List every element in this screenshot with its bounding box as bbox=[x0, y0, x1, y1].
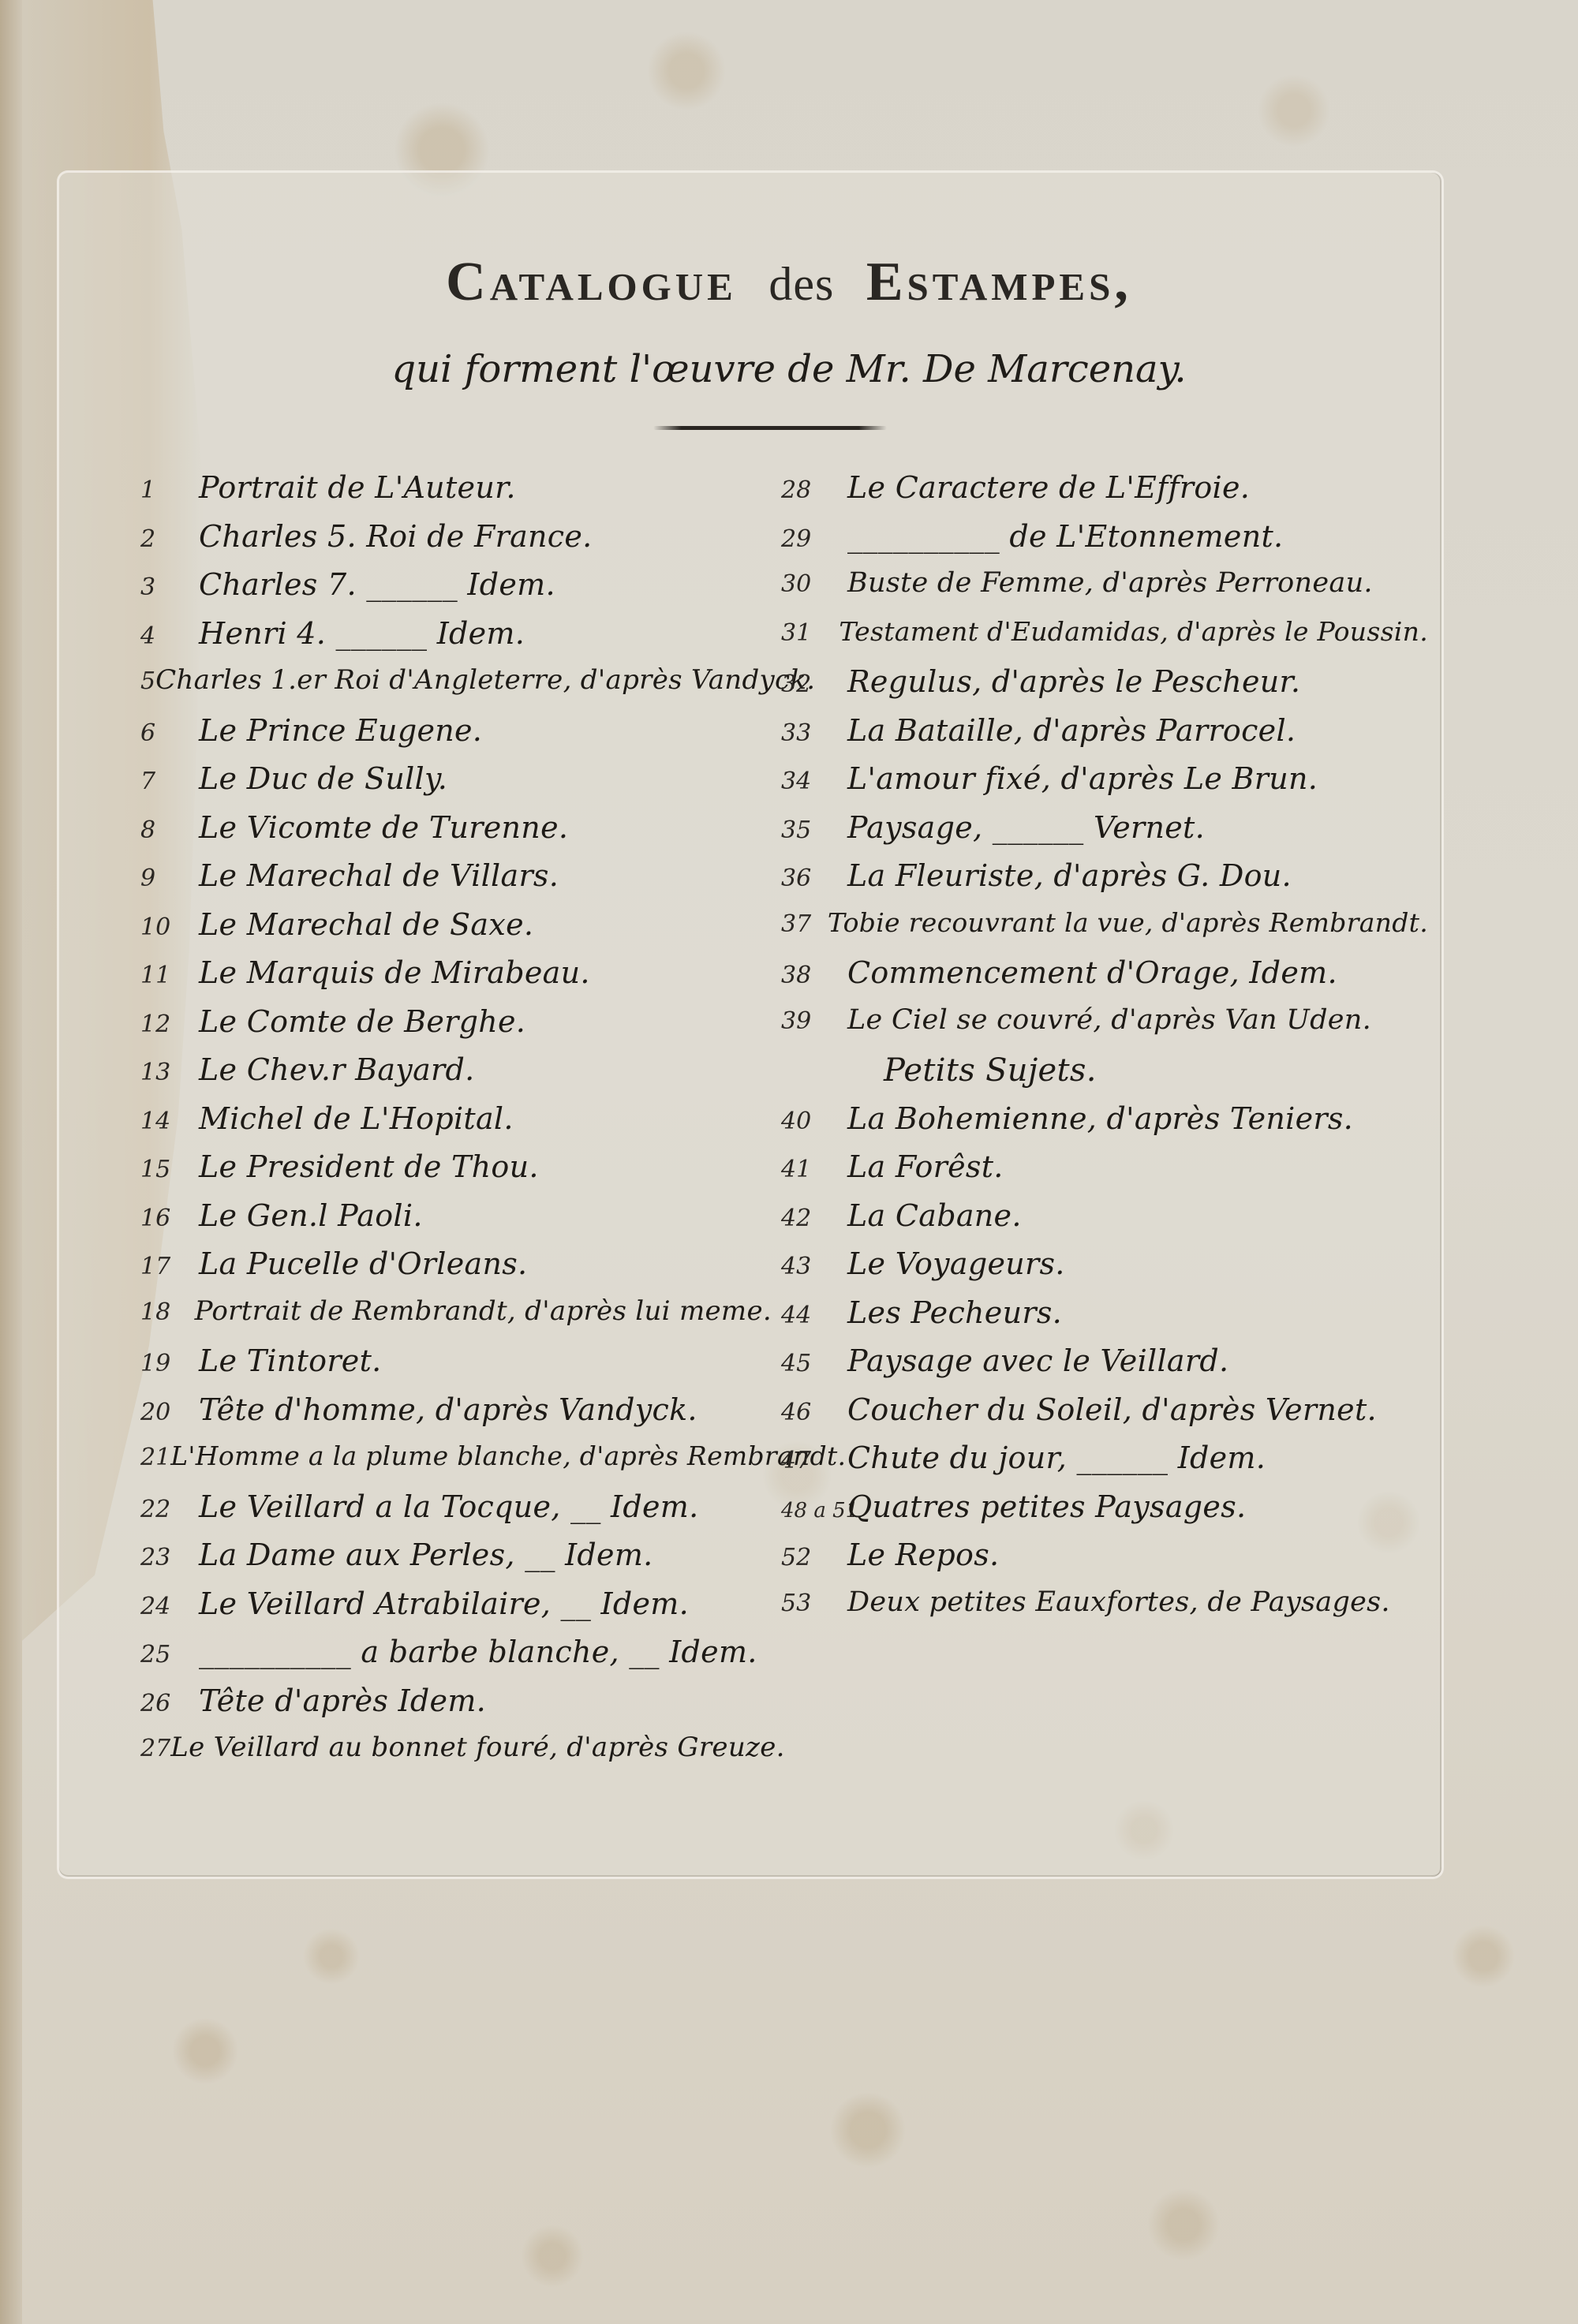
entry-number: 30 bbox=[781, 570, 847, 598]
catalogue-entry: 44Les Pecheurs. bbox=[781, 1295, 1428, 1344]
entry-title: Le Marechal de Saxe. bbox=[199, 907, 533, 942]
entry-title: Le Marechal de Villars. bbox=[199, 858, 559, 893]
catalogue-entry: 48 a 51Quatres petites Paysages. bbox=[781, 1489, 1428, 1538]
catalogue-entry: 21L'Homme a la plume blanche, d'après Re… bbox=[140, 1440, 772, 1489]
catalogue-entry: 23La Dame aux Perles, __ Idem. bbox=[140, 1538, 772, 1586]
catalogue-entry: 32Regulus, d'après le Pescheur. bbox=[781, 664, 1428, 713]
catalogue-entry: 3Charles 7. ______ Idem. bbox=[140, 567, 772, 616]
entry-number: 1 bbox=[140, 476, 199, 504]
catalogue-entry: 11Le Marquis de Mirabeau. bbox=[140, 955, 772, 1004]
entry-number: 37 bbox=[781, 910, 828, 938]
entry-number: 18 bbox=[140, 1298, 195, 1326]
entry-title: Le Veillard a la Tocque, __ Idem. bbox=[199, 1489, 698, 1524]
entry-number: 8 bbox=[140, 816, 199, 844]
entry-number: 36 bbox=[781, 865, 847, 892]
entry-title: Tête d'homme, d'après Vandyck. bbox=[199, 1392, 697, 1427]
section-heading-text: Petits Sujets. bbox=[884, 1052, 1097, 1089]
entry-title: Portrait de Rembrandt, d'après lui meme. bbox=[195, 1295, 772, 1327]
entry-title: __________ de L'Etonnement. bbox=[847, 519, 1283, 554]
entry-number: 41 bbox=[781, 1156, 847, 1183]
page-title: Catalogue des Estampes, bbox=[0, 251, 1578, 314]
catalogue-entry: 47Chute du jour, ______ Idem. bbox=[781, 1440, 1428, 1489]
entry-number: 35 bbox=[781, 816, 847, 844]
entry-title: Deux petites Eauxfortes, de Paysages. bbox=[847, 1586, 1390, 1618]
entry-number: 40 bbox=[781, 1108, 847, 1135]
title-divider bbox=[653, 426, 887, 430]
entry-number: 21 bbox=[140, 1444, 170, 1471]
catalogue-entry: 37Tobie recouvrant la vue, d'après Rembr… bbox=[781, 907, 1428, 956]
entry-title: Regulus, d'après le Pescheur. bbox=[847, 664, 1300, 699]
catalogue-entry: 24Le Veillard Atrabilaire, __ Idem. bbox=[140, 1586, 772, 1635]
entry-title: Henri 4. ______ Idem. bbox=[199, 616, 525, 651]
catalogue-entry: 38Commencement d'Orage, Idem. bbox=[781, 955, 1428, 1004]
entry-title: La Cabane. bbox=[847, 1198, 1022, 1233]
catalogue-entry: 40La Bohemienne, d'après Teniers. bbox=[781, 1101, 1428, 1150]
catalogue-entry: 36La Fleuriste, d'après G. Dou. bbox=[781, 858, 1428, 907]
entry-title: Le Caractere de L'Effroie. bbox=[847, 470, 1250, 505]
catalogue-entry: 52Le Repos. bbox=[781, 1538, 1428, 1586]
entry-title: Les Pecheurs. bbox=[847, 1295, 1062, 1330]
entry-title: Coucher du Soleil, d'après Vernet. bbox=[847, 1392, 1377, 1427]
title-estampes: Estampes, bbox=[866, 252, 1132, 312]
title-catalogue: Catalogue bbox=[446, 252, 737, 312]
entry-number: 47 bbox=[781, 1447, 847, 1474]
entry-number: 11 bbox=[140, 962, 199, 989]
entry-title: Chute du jour, ______ Idem. bbox=[847, 1440, 1266, 1475]
catalogue-entry: 15Le President de Thou. bbox=[140, 1149, 772, 1198]
catalogue-left-column: 1Portrait de L'Auteur. 2Charles 5. Roi d… bbox=[140, 470, 772, 1780]
catalogue-entry: 8Le Vicomte de Turenne. bbox=[140, 810, 772, 859]
entry-title: Le Veillard au bonnet fouré, d'après Gre… bbox=[170, 1732, 785, 1763]
entry-title: La Pucelle d'Orleans. bbox=[199, 1246, 527, 1281]
catalogue-entry: 19Le Tintoret. bbox=[140, 1343, 772, 1392]
entry-title: Le Chev.r Bayard. bbox=[199, 1052, 475, 1087]
entry-number: 16 bbox=[140, 1205, 199, 1232]
entry-title: Le Voyageurs. bbox=[847, 1246, 1065, 1281]
entry-number: 38 bbox=[781, 962, 847, 989]
entry-number: 13 bbox=[140, 1059, 199, 1086]
entry-title: La Bohemienne, d'après Teniers. bbox=[847, 1101, 1353, 1136]
entry-title: Charles 1.er Roi d'Angleterre, d'après V… bbox=[155, 664, 815, 696]
entry-number: 9 bbox=[140, 865, 199, 892]
entry-title: Paysage avec le Veillard. bbox=[847, 1343, 1228, 1378]
catalogue-entry: 29__________ de L'Etonnement. bbox=[781, 519, 1428, 568]
entry-number: 44 bbox=[781, 1302, 847, 1329]
entry-number: 24 bbox=[140, 1593, 199, 1620]
entry-number: 3 bbox=[140, 574, 199, 601]
entry-title: Paysage, ______ Vernet. bbox=[847, 810, 1205, 845]
catalogue-entry: 42La Cabane. bbox=[781, 1198, 1428, 1247]
catalogue-entry: 39Le Ciel se couvré, d'après Van Uden. bbox=[781, 1004, 1428, 1053]
entry-number: 2 bbox=[140, 525, 199, 553]
entry-number: 39 bbox=[781, 1007, 847, 1035]
entry-title: Portrait de L'Auteur. bbox=[199, 470, 516, 505]
entry-number: 6 bbox=[140, 719, 199, 747]
catalogue-entry: 53Deux petites Eauxfortes, de Paysages. bbox=[781, 1586, 1428, 1635]
entry-number: 25 bbox=[140, 1641, 199, 1668]
catalogue-entry: 9Le Marechal de Villars. bbox=[140, 858, 772, 907]
section-heading-petits-sujets: Petits Sujets. bbox=[781, 1052, 1428, 1101]
catalogue-entry: 25__________ a barbe blanche, __ Idem. bbox=[140, 1635, 772, 1683]
entry-number: 4 bbox=[140, 622, 199, 650]
entry-number: 22 bbox=[140, 1496, 199, 1523]
catalogue-entry: 1Portrait de L'Auteur. bbox=[140, 470, 772, 519]
entry-title: Le Veillard Atrabilaire, __ Idem. bbox=[199, 1586, 689, 1621]
entry-title: Le Marquis de Mirabeau. bbox=[199, 955, 590, 990]
entry-number: 48 a 51 bbox=[781, 1499, 847, 1523]
catalogue-entry: 2Charles 5. Roi de France. bbox=[140, 519, 772, 568]
entry-title: Commencement d'Orage, Idem. bbox=[847, 955, 1337, 990]
catalogue-entry: 45Paysage avec le Veillard. bbox=[781, 1343, 1428, 1392]
catalogue-entry: 28Le Caractere de L'Effroie. bbox=[781, 470, 1428, 519]
entry-number: 10 bbox=[140, 914, 199, 941]
catalogue-entry: 34L'amour fixé, d'après Le Brun. bbox=[781, 761, 1428, 810]
catalogue-entry: 6Le Prince Eugene. bbox=[140, 713, 772, 762]
entry-title: Le Gen.l Paoli. bbox=[199, 1198, 423, 1233]
entry-title: Le Prince Eugene. bbox=[199, 713, 482, 748]
entry-title: Le Ciel se couvré, d'après Van Uden. bbox=[847, 1004, 1371, 1036]
catalogue-entry: 35Paysage, ______ Vernet. bbox=[781, 810, 1428, 859]
entry-number: 42 bbox=[781, 1205, 847, 1232]
entry-title: Charles 5. Roi de France. bbox=[199, 519, 593, 554]
entry-title: Testament d'Eudamidas, d'après le Poussi… bbox=[839, 616, 1428, 647]
catalogue-entry: 13Le Chev.r Bayard. bbox=[140, 1052, 772, 1101]
entry-title: Buste de Femme, d'après Perroneau. bbox=[847, 567, 1373, 599]
entry-title: La Dame aux Perles, __ Idem. bbox=[199, 1538, 653, 1572]
entry-number: 5 bbox=[140, 667, 155, 695]
entry-number: 12 bbox=[140, 1011, 199, 1038]
entry-number: 19 bbox=[140, 1350, 199, 1377]
entry-number: 31 bbox=[781, 619, 839, 647]
entry-number: 17 bbox=[140, 1253, 199, 1280]
catalogue-entry: 22Le Veillard a la Tocque, __ Idem. bbox=[140, 1489, 772, 1538]
entry-number: 53 bbox=[781, 1590, 847, 1617]
entry-title: Charles 7. ______ Idem. bbox=[199, 567, 555, 602]
entry-number: 45 bbox=[781, 1350, 847, 1377]
title-des: des bbox=[768, 258, 834, 310]
catalogue-right-column: 28Le Caractere de L'Effroie. 29_________… bbox=[781, 470, 1428, 1635]
catalogue-entry: 43Le Voyageurs. bbox=[781, 1246, 1428, 1295]
catalogue-entry: 31Testament d'Eudamidas, d'après le Pous… bbox=[781, 616, 1428, 665]
entry-title: Le Repos. bbox=[847, 1538, 999, 1572]
entry-number: 23 bbox=[140, 1544, 199, 1571]
entry-title: L'amour fixé, d'après Le Brun. bbox=[847, 761, 1318, 796]
entry-number: 28 bbox=[781, 476, 847, 504]
catalogue-entry: 18Portrait de Rembrandt, d'après lui mem… bbox=[140, 1295, 772, 1344]
entry-number: 52 bbox=[781, 1544, 847, 1571]
entry-title: La Fleuriste, d'après G. Dou. bbox=[847, 858, 1292, 893]
catalogue-entry: 26Tête d'après Idem. bbox=[140, 1683, 772, 1732]
catalogue-entry: 12Le Comte de Berghe. bbox=[140, 1004, 772, 1053]
catalogue-entry: 10Le Marechal de Saxe. bbox=[140, 907, 772, 956]
entry-title: Michel de L'Hopital. bbox=[199, 1101, 514, 1136]
catalogue-entry: 33La Bataille, d'après Parrocel. bbox=[781, 713, 1428, 762]
entry-number: 34 bbox=[781, 768, 847, 795]
entry-title: Tobie recouvrant la vue, d'après Rembran… bbox=[828, 907, 1428, 938]
entry-title: Le Duc de Sully. bbox=[199, 761, 447, 796]
catalogue-entry: 27Le Veillard au bonnet fouré, d'après G… bbox=[140, 1732, 772, 1780]
entry-number: 20 bbox=[140, 1399, 199, 1426]
catalogue-entry: 20Tête d'homme, d'après Vandyck. bbox=[140, 1392, 772, 1441]
page-subtitle: qui forment l'œuvre de Mr. De Marcenay. bbox=[0, 347, 1578, 391]
entry-number: 29 bbox=[781, 525, 847, 553]
entry-title: L'Homme a la plume blanche, d'après Remb… bbox=[170, 1440, 846, 1471]
entry-number: 43 bbox=[781, 1253, 847, 1280]
entry-number: 15 bbox=[140, 1156, 199, 1183]
entry-title: La Forêst. bbox=[847, 1149, 1004, 1184]
entry-title: Tête d'après Idem. bbox=[199, 1683, 486, 1718]
catalogue-entry: 4Henri 4. ______ Idem. bbox=[140, 616, 772, 665]
entry-title: La Bataille, d'après Parrocel. bbox=[847, 713, 1296, 748]
entry-title: Le President de Thou. bbox=[199, 1149, 539, 1184]
entry-title: Quatres petites Paysages. bbox=[847, 1489, 1246, 1524]
entry-title: Le Comte de Berghe. bbox=[199, 1004, 525, 1039]
catalogue-entry: 41La Forêst. bbox=[781, 1149, 1428, 1198]
entry-number: 26 bbox=[140, 1690, 199, 1717]
entry-title: __________ a barbe blanche, __ Idem. bbox=[199, 1635, 757, 1669]
catalogue-entry: 16Le Gen.l Paoli. bbox=[140, 1198, 772, 1247]
catalogue-entry: 30Buste de Femme, d'après Perroneau. bbox=[781, 567, 1428, 616]
entry-number: 7 bbox=[140, 768, 199, 795]
entry-title: Le Tintoret. bbox=[199, 1343, 382, 1378]
catalogue-entry: 46Coucher du Soleil, d'après Vernet. bbox=[781, 1392, 1428, 1441]
entry-number: 33 bbox=[781, 719, 847, 747]
entry-title: Le Vicomte de Turenne. bbox=[199, 810, 568, 845]
catalogue-entry: 7Le Duc de Sully. bbox=[140, 761, 772, 810]
catalogue-entry: 5Charles 1.er Roi d'Angleterre, d'après … bbox=[140, 664, 772, 713]
entry-number: 27 bbox=[140, 1735, 170, 1762]
entry-number: 32 bbox=[781, 671, 847, 698]
catalogue-entry: 14Michel de L'Hopital. bbox=[140, 1101, 772, 1150]
entry-number: 14 bbox=[140, 1108, 199, 1135]
entry-number: 46 bbox=[781, 1399, 847, 1426]
catalogue-entry: 17La Pucelle d'Orleans. bbox=[140, 1246, 772, 1295]
